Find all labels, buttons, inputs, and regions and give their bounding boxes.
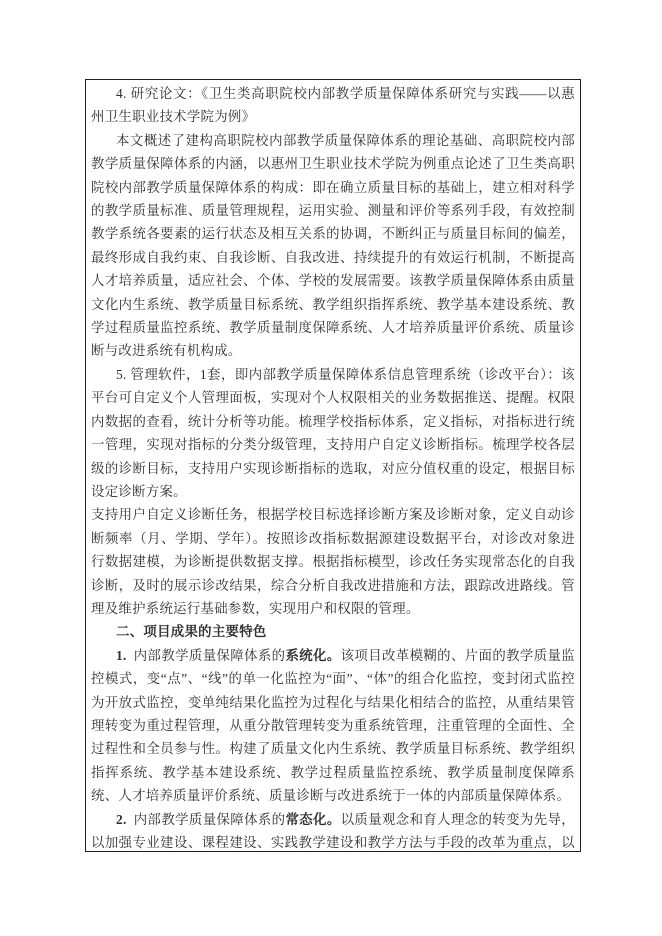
text-run: 该项目改革模糊的、片面的教学质量监控模式，变“点”、“线”的单一化监控为“面”、… [91,648,575,803]
keyword-bold: 常态化。 [285,812,340,827]
paragraph-research-thesis: 4. 研究论文：《卫生类高职院校内部教学质量保障体系研究与实践——以惠州卫生职业… [91,82,575,129]
paragraph-diagnosis-tasks: 支持用户自定义诊断任务，根据学校目标选择诊断方案及诊断对象，定义自动诊断频率（月… [91,503,575,620]
paragraph-feature-systematization: 1.内部教学质量保障体系的系统化。该项目改革模糊的、片面的教学质量监控模式，变“… [91,644,575,808]
paragraph-management-software: 5. 管理软件，1套，即内部教学质量保障体系信息管理系统（诊改平台）：该平台可自… [91,363,575,503]
keyword-bold: 系统化。 [285,648,340,663]
list-number: 2. [116,812,127,827]
paragraph-feature-normalization: 2.内部教学质量保障体系的常态化。以质量观念和育人理念的转变为先导，以加强专业建… [91,808,575,852]
list-number: 1. [116,648,127,663]
section-heading-project-features: 二、项目成果的主要特色 [91,620,575,643]
text-run: 内部教学质量保障体系的 [134,648,286,663]
text-run: 内部教学质量保障体系的 [134,812,286,827]
document-table-cell: 4. 研究论文：《卫生类高职院校内部教学质量保障体系研究与实践——以惠州卫生职业… [85,79,581,852]
paragraph-thesis-summary: 本文概述了建构高职院校内部教学质量保障体系的理论基础、高职院校内部教学质量保障体… [91,129,575,363]
